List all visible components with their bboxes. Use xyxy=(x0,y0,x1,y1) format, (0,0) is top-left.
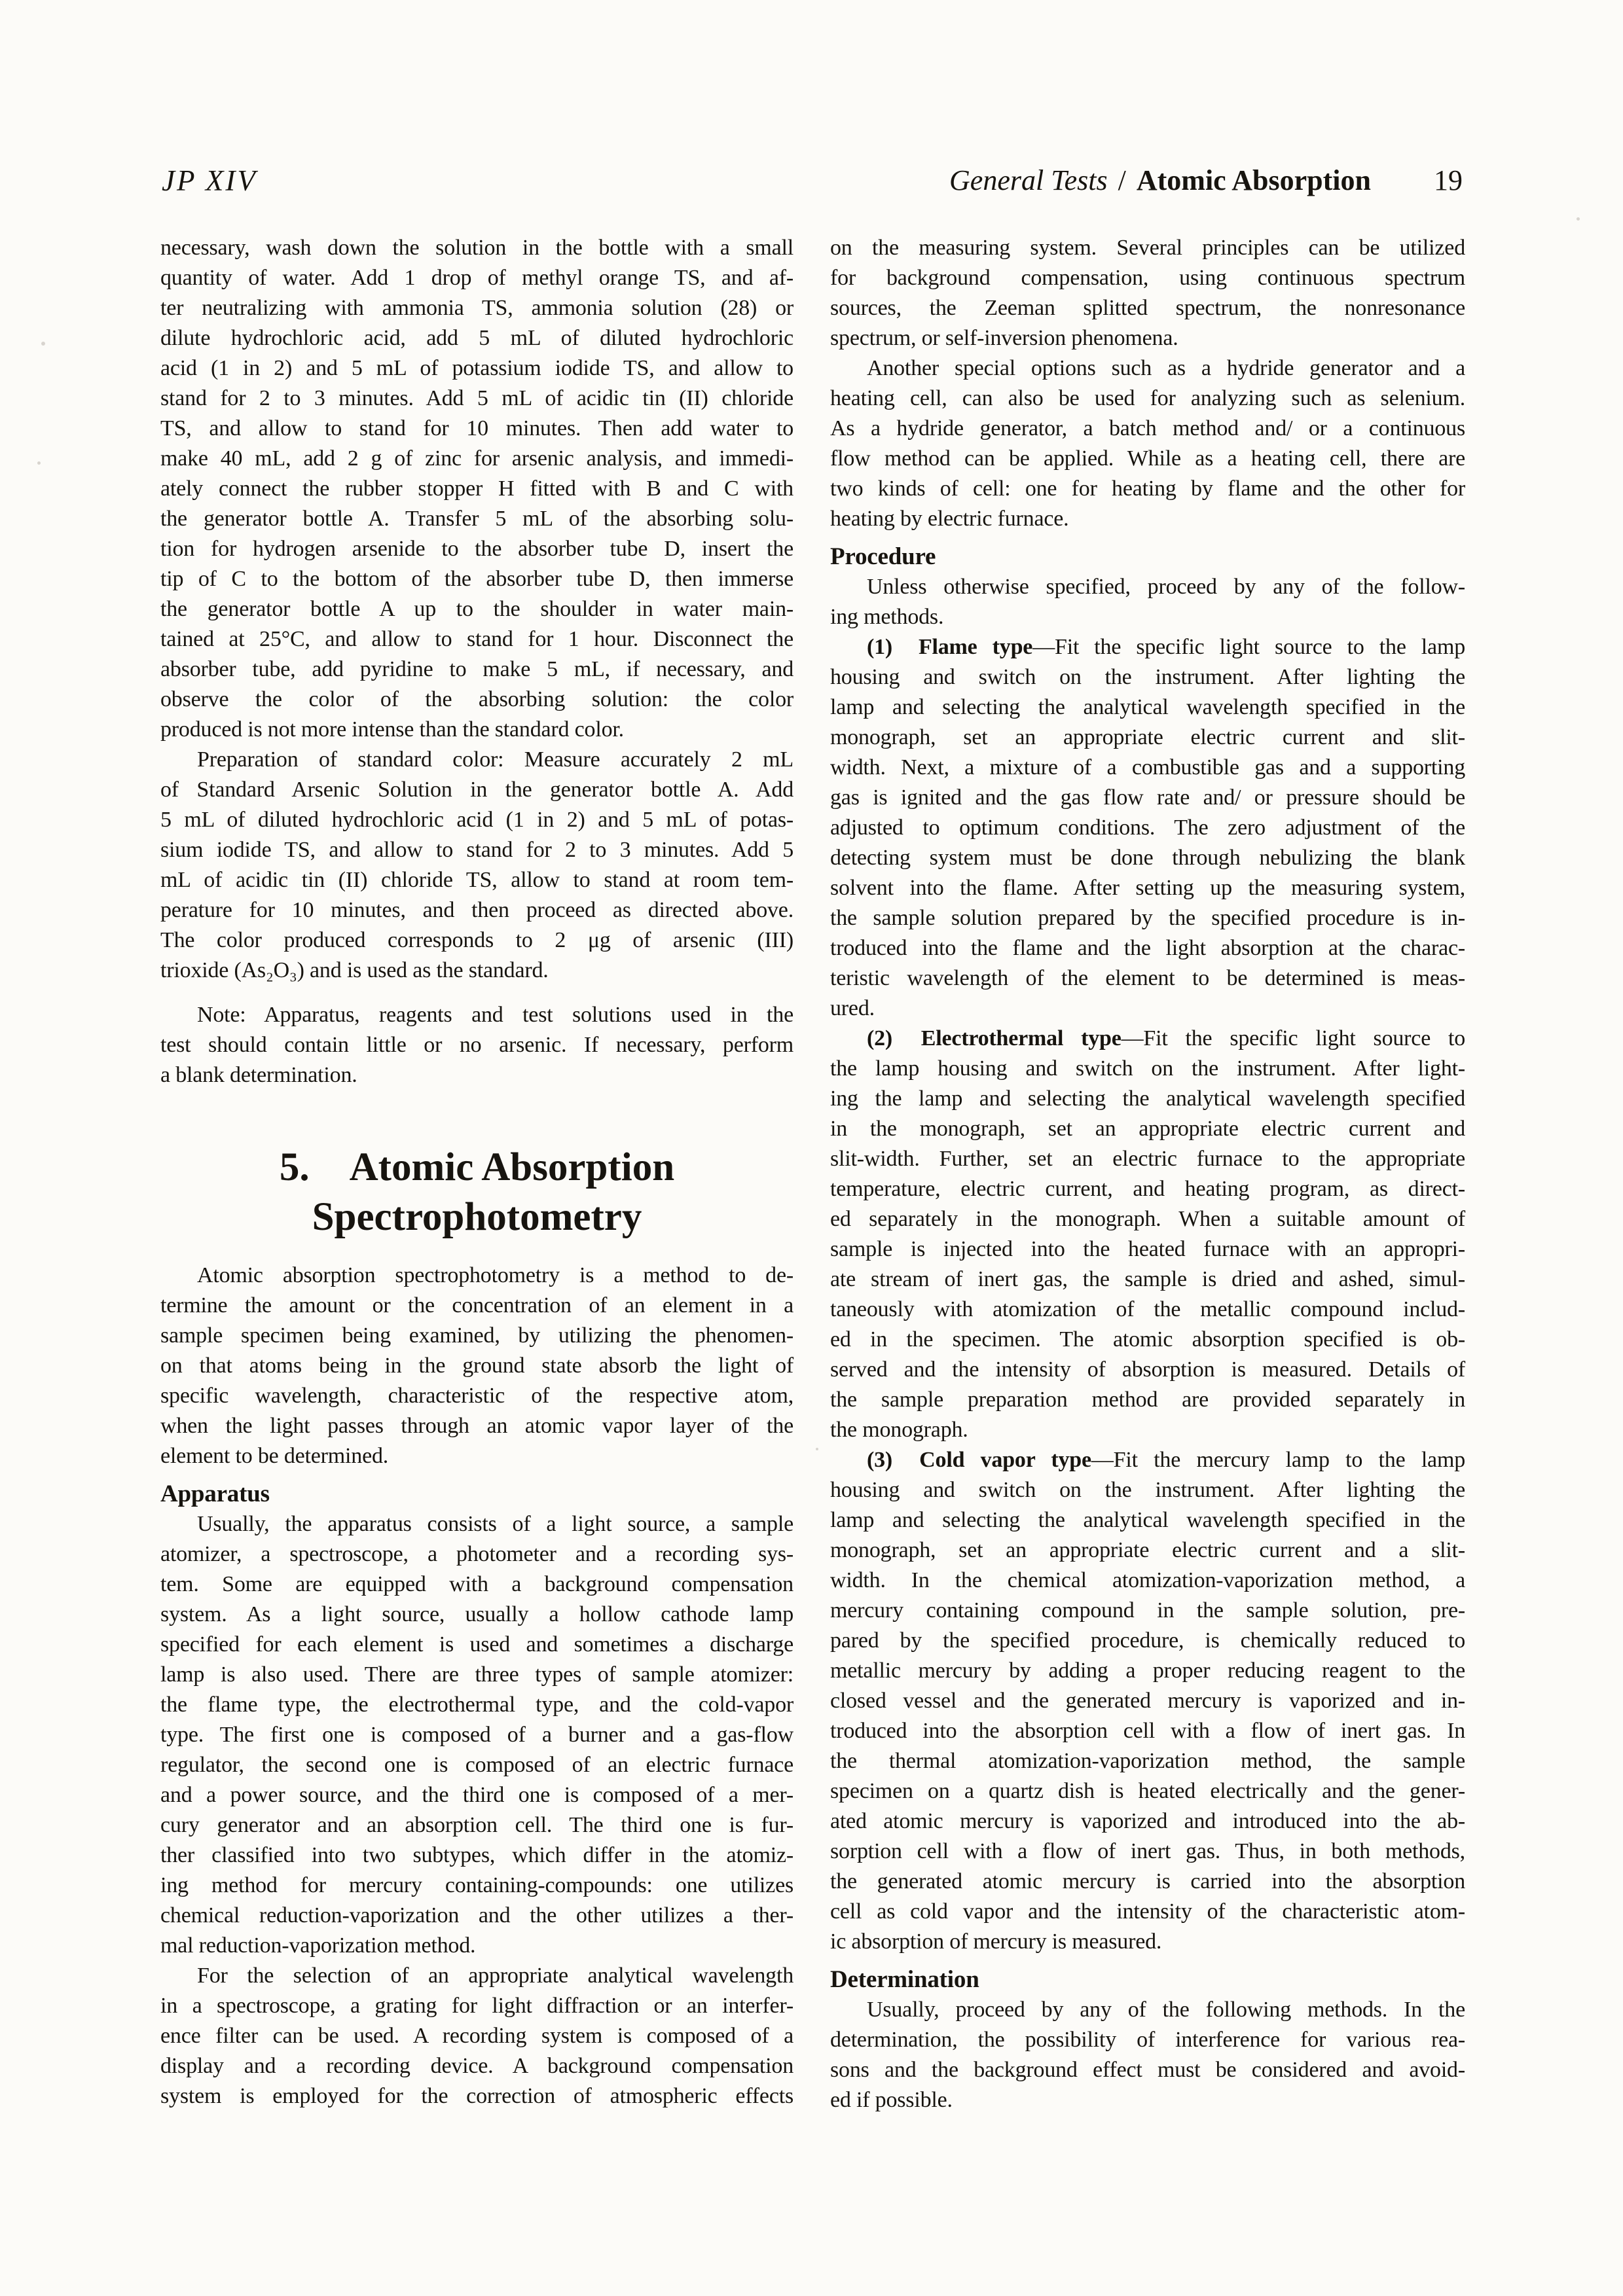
text-line: specified for each element is used and s… xyxy=(160,1630,793,1660)
text-line: determination, the possibility of interf… xyxy=(830,2025,1465,2055)
paragraph: For the selection of an appropriate anal… xyxy=(160,1961,793,2111)
text-line: the sample solution prepared by the spec… xyxy=(830,903,1465,933)
text-line: Atomic absorption spectrophotometry is a… xyxy=(160,1261,793,1291)
text-line: quantity of water. Add 1 drop of methyl … xyxy=(160,263,793,293)
paragraph: Unless otherwise specified, proceed by a… xyxy=(830,572,1465,632)
text-line: Procedure xyxy=(830,542,1465,572)
text-line: termine the amount or the concentration … xyxy=(160,1291,793,1321)
text-line: temperature, electric current, and heati… xyxy=(830,1174,1465,1204)
text-line: Preparation of standard color: Measure a… xyxy=(160,745,793,775)
text-line: gas is ignited and the gas flow rate and… xyxy=(830,783,1465,813)
text-line: chemical reduction-vaporization and the … xyxy=(160,1901,793,1931)
paragraph: Atomic absorption spectrophotometry is a… xyxy=(160,1261,793,1471)
paragraph: Usually, the apparatus consists of a lig… xyxy=(160,1509,793,1961)
text-line: atomizer, a spectroscope, a photometer a… xyxy=(160,1539,793,1570)
text-line: a blank determination. xyxy=(160,1060,793,1090)
paragraph: necessary, wash down the solution in the… xyxy=(160,233,793,745)
text-line: ence filter can be used. A recording sys… xyxy=(160,2021,793,2051)
text-line: sons and the background effect must be c… xyxy=(830,2055,1465,2085)
text-line: served and the intensity of absorption i… xyxy=(830,1355,1465,1385)
text-line: perature for 10 minutes, and then procee… xyxy=(160,895,793,925)
text-line: cell as cold vapor and the intensity of … xyxy=(830,1897,1465,1927)
text-line: Usually, the apparatus consists of a lig… xyxy=(160,1509,793,1539)
text-line: the generator bottle A up to the shoulde… xyxy=(160,594,793,624)
text-line: troduced into the flame and the light ab… xyxy=(830,933,1465,963)
text-line: detecting system must be done through ne… xyxy=(830,843,1465,873)
text-line: system. As a light source, usually a hol… xyxy=(160,1600,793,1630)
text-line: regulator, the second one is composed of… xyxy=(160,1750,793,1780)
text-line: sorption cell with a flow of inert gas. … xyxy=(830,1837,1465,1867)
text-line: metallic mercury by adding a proper redu… xyxy=(830,1656,1465,1686)
text-line: the generated atomic mercury is carried … xyxy=(830,1867,1465,1897)
text-line: mercury containing compound in the sampl… xyxy=(830,1596,1465,1626)
text-line: produced is not more intense than the st… xyxy=(160,715,793,745)
text-line: Note: Apparatus, reagents and test solut… xyxy=(160,1000,793,1030)
text-line: slit-width. Further, set an electric fur… xyxy=(830,1144,1465,1174)
text-line: ately connect the rubber stopper H fitte… xyxy=(160,474,793,504)
text-line: necessary, wash down the solution in the… xyxy=(160,233,793,263)
right-column: on the measuring system. Several princip… xyxy=(830,233,1465,2115)
text-line: in the monograph, set an appropriate ele… xyxy=(830,1114,1465,1144)
text-line: on that atoms being in the ground state … xyxy=(160,1351,793,1381)
text-line: (2) Electrothermal type—Fit the specific… xyxy=(830,1024,1465,1054)
text-run: —Fit the specific light source to the la… xyxy=(1032,635,1465,659)
text-line: the sample preparation method are provid… xyxy=(830,1385,1465,1415)
text-line: tion for hydrogen arsenide to the absorb… xyxy=(160,534,793,564)
page-number: 19 xyxy=(1434,164,1463,197)
text-line: ic absorption of mercury is measured. xyxy=(830,1927,1465,1957)
text-line: trioxide (As₂O₃) and is used as the stan… xyxy=(160,956,793,986)
text-line: the thermal atomization-vaporization met… xyxy=(830,1746,1465,1776)
text-line: two kinds of cell: one for heating by fl… xyxy=(830,474,1465,504)
text-line: observe the color of the absorbing solut… xyxy=(160,685,793,715)
text-line: the generator bottle A. Transfer 5 mL of… xyxy=(160,504,793,534)
text-line: tem. Some are equipped with a background… xyxy=(160,1570,793,1600)
text-line: monograph, set an appropriate electric c… xyxy=(830,1535,1465,1566)
text-line: sample is injected into the heated furna… xyxy=(830,1234,1465,1265)
running-head-separator: / xyxy=(1118,164,1126,197)
text-line: sources, the Zeeman splitted spectrum, t… xyxy=(830,293,1465,323)
text-line: in a spectroscope, a grating for light d… xyxy=(160,1991,793,2021)
sub-heading: Apparatus xyxy=(160,1479,793,1509)
text-line: taneously with atomization of the metall… xyxy=(830,1295,1465,1325)
text-line: display and a recording device. A backgr… xyxy=(160,2051,793,2081)
text-line: Usually, proceed by any of the following… xyxy=(830,1995,1465,2025)
text-line: stand for 2 to 3 minutes. Add 5 mL of ac… xyxy=(160,384,793,414)
text-line: pared by the specified procedure, is che… xyxy=(830,1626,1465,1656)
text-run: —Fit the specific light source to xyxy=(1122,1026,1465,1050)
text-line: 5. Atomic Absorption xyxy=(160,1143,793,1193)
text-line: Spectrophotometry xyxy=(160,1193,793,1242)
text-line: absorber tube, add pyridine to make 5 mL… xyxy=(160,655,793,685)
text-line: Another special options such as a hydrid… xyxy=(830,353,1465,384)
scan-speck xyxy=(41,342,45,346)
paragraph: Another special options such as a hydrid… xyxy=(830,353,1465,534)
text-line: element to be determined. xyxy=(160,1441,793,1471)
text-line: ing methods. xyxy=(830,602,1465,632)
text-line: sample specimen being examined, by utili… xyxy=(160,1321,793,1351)
text-line: solvent into the flame. After setting up… xyxy=(830,873,1465,903)
bold-run: (1) Flame type xyxy=(867,635,1032,659)
text-line: heating by electric furnace. xyxy=(830,504,1465,534)
text-line: ed if possible. xyxy=(830,2085,1465,2115)
text-line: flow method can be applied. While as a h… xyxy=(830,444,1465,474)
text-line: housing and switch on the instrument. Af… xyxy=(830,662,1465,692)
paragraph: on the measuring system. Several princip… xyxy=(830,233,1465,353)
sub-heading: Procedure xyxy=(830,542,1465,572)
text-line: TS, and allow to stand for 10 minutes. T… xyxy=(160,414,793,444)
scan-speck xyxy=(1577,217,1580,221)
text-line: make 40 mL, add 2 g of zinc for arsenic … xyxy=(160,444,793,474)
paragraph: Preparation of standard color: Measure a… xyxy=(160,745,793,986)
text-line: heating cell, can also be used for analy… xyxy=(830,384,1465,414)
sub-heading: Determination xyxy=(830,1965,1465,1995)
text-line: housing and switch on the instrument. Af… xyxy=(830,1475,1465,1505)
text-line: dilute hydrochloric acid, add 5 mL of di… xyxy=(160,323,793,353)
text-line: closed vessel and the generated mercury … xyxy=(830,1686,1465,1716)
text-line: on the measuring system. Several princip… xyxy=(830,233,1465,263)
section-heading: 5. Atomic AbsorptionSpectrophotometry xyxy=(160,1143,793,1242)
text-line: Determination xyxy=(830,1965,1465,1995)
text-line: mL of acidic tin (II) chloride TS, allow… xyxy=(160,865,793,895)
text-line: ed separately in the monograph. When a s… xyxy=(830,1204,1465,1234)
running-head-section: General Tests xyxy=(949,164,1108,197)
running-head: General Tests / Atomic Absorption 19 xyxy=(830,164,1465,197)
text-line: ed in the specimen. The atomic absorptio… xyxy=(830,1325,1465,1355)
bold-run: (2) Electrothermal type xyxy=(867,1026,1122,1050)
paragraph: (3) Cold vapor type—Fit the mercury lamp… xyxy=(830,1445,1465,1957)
text-line: when the light passes through an atomic … xyxy=(160,1411,793,1441)
text-line: lamp is also used. There are three types… xyxy=(160,1660,793,1690)
note-paragraph: Note: Apparatus, reagents and test solut… xyxy=(160,1000,793,1090)
text-line: width. Next, a mixture of a combustible … xyxy=(830,753,1465,783)
text-line: tip of C to the bottom of the absorber t… xyxy=(160,564,793,594)
text-line: For the selection of an appropriate anal… xyxy=(160,1961,793,1991)
text-line: lamp and selecting the analytical wavele… xyxy=(830,692,1465,723)
text-line: spectrum, or self-inversion phenomena. xyxy=(830,323,1465,353)
running-head-chapter: Atomic Absorption xyxy=(1137,164,1371,197)
text-line: ing method for mercury containing-compou… xyxy=(160,1871,793,1901)
left-column: necessary, wash down the solution in the… xyxy=(160,233,793,2111)
document-page: JP XIV General Tests / Atomic Absorption… xyxy=(0,0,1623,2296)
bold-run: (3) Cold vapor type xyxy=(867,1448,1091,1472)
scan-speck xyxy=(816,1448,818,1450)
text-line: The color produced corresponds to 2 μg o… xyxy=(160,925,793,956)
paragraph: (2) Electrothermal type—Fit the specific… xyxy=(830,1024,1465,1445)
text-run: —Fit the mercury lamp to the lamp xyxy=(1091,1448,1465,1472)
text-line: (1) Flame type—Fit the specific light so… xyxy=(830,632,1465,662)
text-line: tained at 25°C, and allow to stand for 1… xyxy=(160,624,793,655)
text-line: ing the lamp and selecting the analytica… xyxy=(830,1084,1465,1114)
text-line: monograph, set an appropriate electric c… xyxy=(830,723,1465,753)
text-line: teristic wavelength of the element to be… xyxy=(830,963,1465,994)
text-line: ated atomic mercury is vaporized and int… xyxy=(830,1806,1465,1837)
journal-edition: JP XIV xyxy=(162,164,257,198)
text-line: specific wavelength, characteristic of t… xyxy=(160,1381,793,1411)
text-line: ter neutralizing with ammonia TS, ammoni… xyxy=(160,293,793,323)
text-line: cury generator and an absorption cell. T… xyxy=(160,1810,793,1840)
text-line: for background compensation, using conti… xyxy=(830,263,1465,293)
text-line: adjusted to optimum conditions. The zero… xyxy=(830,813,1465,843)
text-line: type. The first one is composed of a bur… xyxy=(160,1720,793,1750)
text-line: ther classified into two subtypes, which… xyxy=(160,1840,793,1871)
text-line: test should contain little or no arsenic… xyxy=(160,1030,793,1060)
text-line: (3) Cold vapor type—Fit the mercury lamp… xyxy=(830,1445,1465,1475)
text-line: the lamp housing and switch on the instr… xyxy=(830,1054,1465,1084)
text-line: of Standard Arsenic Solution in the gene… xyxy=(160,775,793,805)
text-line: ured. xyxy=(830,994,1465,1024)
text-line: sium iodide TS, and allow to stand for 2… xyxy=(160,835,793,865)
text-line: As a hydride generator, a batch method a… xyxy=(830,414,1465,444)
text-line: mal reduction-vaporization method. xyxy=(160,1931,793,1961)
text-line: acid (1 in 2) and 5 mL of potassium iodi… xyxy=(160,353,793,384)
text-line: Unless otherwise specified, proceed by a… xyxy=(830,572,1465,602)
text-line: Apparatus xyxy=(160,1479,793,1509)
text-line: ate stream of inert gas, the sample is d… xyxy=(830,1265,1465,1295)
scan-speck xyxy=(37,461,41,465)
text-line: system is employed for the correction of… xyxy=(160,2081,793,2111)
text-line: and a power source, and the third one is… xyxy=(160,1780,793,1810)
text-line: lamp and selecting the analytical wavele… xyxy=(830,1505,1465,1535)
text-line: the flame type, the electrothermal type,… xyxy=(160,1690,793,1720)
text-line: the monograph. xyxy=(830,1415,1465,1445)
paragraph: (1) Flame type—Fit the specific light so… xyxy=(830,632,1465,1024)
text-line: width. In the chemical atomization-vapor… xyxy=(830,1566,1465,1596)
paragraph: Usually, proceed by any of the following… xyxy=(830,1995,1465,2115)
text-line: troduced into the absorption cell with a… xyxy=(830,1716,1465,1746)
text-line: 5 mL of diluted hydrochloric acid (1 in … xyxy=(160,805,793,835)
text-line: specimen on a quartz dish is heated elec… xyxy=(830,1776,1465,1806)
